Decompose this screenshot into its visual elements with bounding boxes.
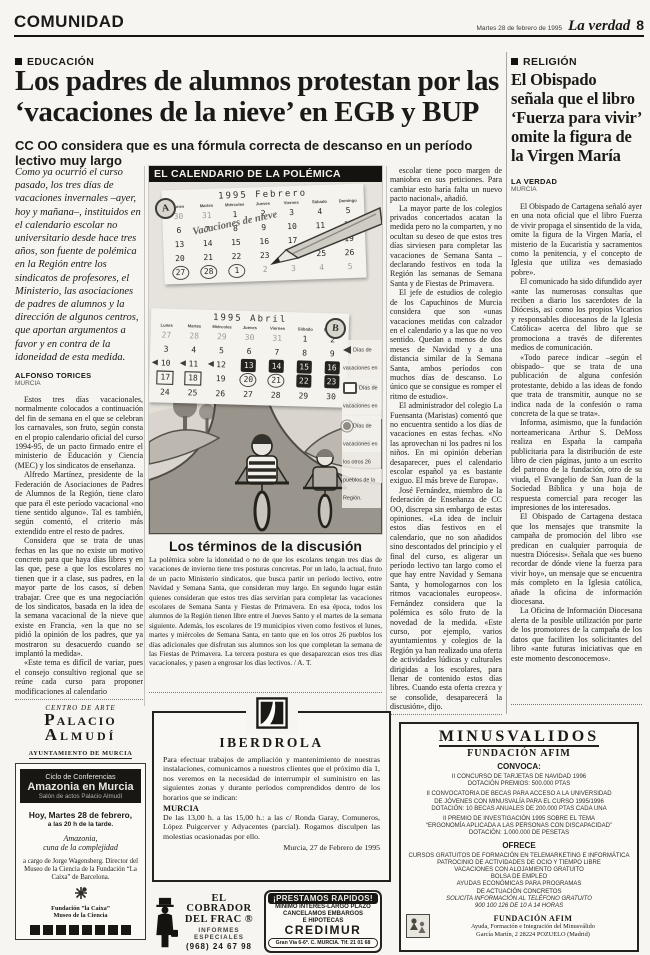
afim-contest-lines: II CONCURSO DE TARJETAS DE NAVIDAD 1996D…: [406, 774, 632, 788]
iberdrola-logo: [246, 697, 298, 734]
iberdrola-ad-box: IBERDROLA Para efectuar trabajos de ampl…: [152, 711, 391, 882]
afim-line: PATROCINIO DE ACTIVIDADES DE OCIO Y TIEM…: [406, 860, 632, 867]
iberdrola-notice: Para efectuar trabajos de ampliación y m…: [163, 755, 380, 802]
body-paragraph: Informa, asimismo, que la fundación nort…: [511, 418, 642, 512]
calendar-day: 11: [186, 357, 201, 370]
calendar-day: 22: [296, 374, 311, 387]
calendar-day: 19: [213, 372, 228, 385]
event-date: Hoy, Martes 28 de febrero,: [20, 810, 141, 820]
weekday-label: Jueves: [236, 325, 264, 331]
page-number: 8: [636, 17, 644, 33]
column-rule: [506, 52, 507, 714]
body-paragraph: El comunicado ha sido difundido ayer «an…: [511, 277, 642, 352]
april-calendar: 1995 Abril LunesMartesMiércolesJuevesVie…: [149, 308, 349, 407]
masthead: La verdad: [568, 18, 630, 35]
afim-foundation-desc: Ayuda, Formación e Integración del Minus…: [434, 923, 632, 930]
weekday-label: Martes: [181, 323, 209, 329]
religion-byline: LA VERDAD MURCIA: [511, 177, 557, 193]
calendar-day: 30: [323, 390, 338, 403]
cobrador-name: DEL FRAC ®: [181, 915, 257, 926]
dashed-rule: [15, 699, 143, 700]
calendar-day: 9: [325, 347, 340, 360]
weekday-label: Martes: [192, 203, 220, 209]
almudi-event-banner: Ciclo de Conferencias Amazonia en Murcia…: [20, 769, 141, 803]
calendar-day: 12: [213, 358, 228, 371]
caption-title: Los términos de la discusión: [149, 538, 382, 554]
legend-text: Días de vacaciones en los otros 26 puebl…: [343, 423, 377, 501]
april-day-grid: 2728293031123456789101112131415161718192…: [151, 328, 347, 403]
afim-foundation-address: García Martín, 2 28224 POZUELO (Madrid): [434, 931, 632, 938]
afim-scholarship-lines: II CONVOCATORIA DE BECAS PARA ACCESO A L…: [406, 791, 632, 813]
article-column-1: Como ya ocurrió el curso pasado, los tre…: [15, 166, 143, 706]
calendar-day: 6: [241, 345, 256, 358]
calendar-day: 27: [172, 266, 189, 281]
byline-author: LA VERDAD: [511, 177, 557, 186]
afim-line: VACACIONES CON ALOJAMIENTO GRATUITO: [406, 867, 632, 874]
calendar-day: 28: [268, 389, 283, 402]
header-rule: [14, 35, 644, 37]
afim-ad: MINUSVALIDOS FUNDACIÓN AFIM CONVOCA: II …: [399, 722, 639, 952]
body-paragraph: Alfredo Martínez, presidente de la Feder…: [15, 470, 143, 536]
page-header-right: Martes 28 de febrero de 1995 La verdad 8: [476, 17, 644, 35]
calendar-day: 21: [200, 251, 215, 265]
byline-author: ALFONSO TORICES: [15, 371, 143, 380]
afim-ofrece-heading: OFRECE: [406, 841, 632, 850]
credimur-address: Gran Vía 6-6º. C. MURCIA. Tlf. 21 01 68: [268, 938, 378, 948]
calendar-day: 21: [267, 374, 284, 388]
article-column-2: escolar tiene poco margen de maniobra en…: [390, 166, 502, 714]
calendar-day: 15: [228, 236, 243, 250]
afim-line: DOTACIÓN: 1.000.000 DE PESETAS: [406, 830, 632, 837]
afim-line: DE JÓVENES CON MINUSVALÍA PARA EL CURSO …: [406, 799, 632, 806]
credimur-banner: ¡PRESTAMOS RAPIDOS!: [268, 893, 378, 904]
iberdrola-ad: IBERDROLA Para efectuar trabajos de ampl…: [152, 698, 391, 882]
afim-org: FUNDACIÓN AFIM: [406, 748, 632, 759]
afim-line: CURSOS GRATUITOS DE FORMACIÓN EN TELEMAR…: [406, 853, 632, 860]
calendar-day: 27: [159, 328, 174, 341]
calendar-day: 18: [184, 371, 201, 385]
box-icon: [343, 382, 357, 394]
calendar-day: 26: [213, 387, 228, 400]
cobrador-silhouette-icon: [152, 894, 178, 952]
calendar-day: 20: [240, 373, 257, 387]
body-paragraph: El administrador del colegio La Fuensant…: [390, 401, 502, 486]
afim-foundation-name: FUNDACIÓN AFIM: [434, 914, 632, 923]
calendar-day: 28: [200, 265, 217, 280]
infographic-banner-title: EL CALENDARIO DE LA POLÉMICA: [149, 166, 382, 182]
column-rule: [386, 166, 387, 711]
afim-logo: [406, 914, 430, 938]
talk-title: Amazonia,: [20, 834, 141, 843]
afim-line: AYUDAS ECONÓMICAS PARA PROGRAMAS: [406, 881, 632, 888]
religion-body: El Obispado de Cartagena señaló ayer en …: [511, 202, 642, 707]
religion-kicker: RELIGIÓN: [511, 56, 577, 68]
edition-date: Martes 28 de febrero de 1995: [476, 25, 562, 32]
calendar-day: 7: [269, 346, 284, 359]
weekday-label: Sábado: [305, 199, 333, 205]
calendar-day: 14: [269, 360, 284, 373]
science-museum-label: Museo de la Ciencia: [20, 912, 141, 919]
credimur-line: MINIMO INTERES-LARGO PLAZO: [268, 904, 378, 911]
kicker-square-icon: [15, 58, 22, 65]
calendar-day: 29: [214, 330, 229, 343]
flag-icon: [343, 346, 351, 354]
iberdrola-zone: MURCIA: [163, 803, 380, 813]
credimur-ad: ¡PRESTAMOS RAPIDOS! MINIMO INTERES-LARGO…: [264, 890, 382, 953]
afim-title: MINUSVALIDOS: [439, 728, 599, 747]
pencil-icon: [264, 206, 382, 276]
afim-prize-lines: II PREMIO DE INVESTIGACIÓN 1995 SOBRE EL…: [406, 816, 632, 838]
dashed-rule: [511, 704, 642, 705]
talk-title: cuna de la complejidad: [20, 843, 141, 852]
almudi-ad-box: Ciclo de Conferencias Amazonia en Murcia…: [15, 763, 146, 940]
newspaper-page: COMUNIDAD Martes 28 de febrero de 1995 L…: [0, 0, 650, 955]
talk-speaker: a cargo de Jorge Wagensberg. Director de…: [20, 858, 141, 881]
iberdrola-name: IBERDROLA: [163, 735, 380, 751]
calendar-day: 25: [185, 386, 200, 399]
body-paragraph: La Oficina de Información Diocesana aler…: [511, 606, 642, 662]
body-paragraph: «Todo parece indicar –según el obispado–…: [511, 353, 642, 419]
afim-info-phone: 900 100 126 DE 10 A 14 HORAS: [406, 903, 632, 910]
calendar-day: 23: [324, 375, 339, 388]
caption-text: La polémica sobre la idoneidad o no de q…: [149, 556, 382, 688]
body-paragraph: Considera que se trata de unas fechas en…: [15, 536, 143, 658]
body-paragraph: Estos tres días vacacionales, normalment…: [15, 395, 143, 470]
weekday-label: Lunes: [153, 322, 181, 328]
kicker-square-icon: [511, 58, 518, 65]
legend-item: Días de vacaciones en los otros 26 puebl…: [342, 416, 381, 508]
credimur-name: CREDIMUR: [268, 924, 378, 937]
calendar-day: 15: [297, 360, 312, 373]
afim-line: DOTACIÓN: 10 BECAS ANUALES DE 200.000 PT…: [406, 806, 632, 813]
calendar-day: 3: [158, 342, 173, 355]
calendar-day: 4: [186, 343, 201, 356]
calendar-day: 28: [186, 329, 201, 342]
calendar-day: 31: [270, 332, 285, 345]
event-venue: Salón de actos Palacio Almudí: [22, 793, 139, 800]
calendar-day: 29: [296, 389, 311, 402]
calendar-day: 5: [214, 344, 229, 357]
weekday-label: Viernes: [277, 200, 305, 206]
calendar-day: 14: [200, 237, 215, 251]
calendar-day: 24: [157, 385, 172, 398]
calendar-day: 30: [242, 331, 257, 344]
credimur-line: CANCELAMOS EMBARGOS: [268, 911, 378, 918]
byline: ALFONSO TORICES MURCIA: [15, 371, 143, 387]
afim-footer-text: FUNDACIÓN AFIM Ayuda, Formación e Integr…: [434, 914, 632, 938]
calendar-day: 27: [240, 388, 255, 401]
section-title: COMUNIDAD: [14, 12, 124, 32]
education-subhead: CC OO considera que es una fórmula corre…: [15, 138, 509, 168]
cobrador-phone: (968) 24 67 98: [181, 942, 257, 951]
calendar-day: 10: [158, 356, 173, 369]
religion-headline: El Obispado señala que el libro ‘Fuerza …: [511, 70, 643, 165]
body-paragraph: El Obispado de Cartagena destaca que los…: [511, 512, 642, 606]
afim-line: II CONVOCATORIA DE BECAS PARA ACCESO A L…: [406, 791, 632, 798]
weekday-label: Domingo: [334, 198, 362, 204]
decorative-squares: [20, 925, 141, 935]
infographic-body: 1995 Febrero LunesMartesMiércolesJuevesV…: [149, 182, 382, 534]
body-paragraph: «Este tema es difícil de variar, pues el…: [15, 658, 143, 696]
calendar-day: 20: [172, 252, 187, 266]
column-rule: [144, 166, 145, 706]
weekday-label: Viernes: [264, 325, 292, 331]
body-paragraph: El Obispado de Cartagena señaló ayer en …: [511, 202, 642, 277]
iberdrola-schedule: De las 13,00 h. a las 15,00 h.: a las c/…: [163, 813, 380, 841]
calendar-day: 8: [297, 346, 312, 359]
body-paragraph: escolar tiene poco margen de maniobra en…: [390, 166, 502, 204]
calendar-day: 1: [297, 332, 312, 345]
weekday-label: Miércoles: [220, 202, 248, 208]
cobrador-text: EL COBRADOR DEL FRAC ® INFORMES ESPECIAL…: [181, 894, 257, 952]
calendar-infographic: EL CALENDARIO DE LA POLÉMICA 1995 Febrer…: [149, 166, 382, 534]
calendar-day: 31: [199, 209, 214, 223]
event-time: a las 20 h de la tarde.: [20, 821, 141, 828]
body-paragraph: La mayor parte de los colegios privados …: [390, 204, 502, 289]
column-1-text: Estos tres días vacacionales, normalment…: [15, 395, 143, 696]
byline-city: MURCIA: [511, 186, 557, 193]
iberdrola-date: Murcia, 27 de Febrero de 1995: [163, 843, 380, 852]
headline-line-2: ‘vacaciones de la nieve’ en EGB y BUP: [15, 97, 509, 128]
sun-icon: [343, 422, 351, 430]
lead-paragraph: Como ya ocurrió el curso pasado, los tre…: [15, 166, 143, 364]
column-2-text: escolar tiene poco margen de maniobra en…: [390, 166, 502, 712]
calendar-day: 1: [228, 264, 245, 279]
kicker-label: RELIGIÓN: [523, 56, 577, 68]
cobrador-info: INFORMES ESPECIALES: [181, 927, 257, 941]
body-paragraph: José Fernández, miembro de la federación…: [390, 486, 502, 712]
afim-footer: FUNDACIÓN AFIM Ayuda, Formación e Integr…: [406, 914, 632, 938]
byline-city: MURCIA: [15, 380, 143, 387]
calendar-day: 13: [241, 359, 256, 372]
afim-offer-lines: CURSOS GRATUITOS DE FORMACIÓN EN TELEMAR…: [406, 853, 632, 896]
weekday-label: Miércoles: [208, 324, 236, 330]
cobrador-ad: EL COBRADOR DEL FRAC ® INFORMES ESPECIAL…: [152, 892, 257, 953]
calendar-day: 16: [324, 361, 339, 374]
headline-line-1: Los padres de alumnos protestan por las: [15, 66, 509, 97]
dashed-rule: [390, 714, 502, 715]
afim-convoca-heading: CONVOCA:: [406, 762, 632, 771]
afim-info-phone: SOLICITA INFORMACIÓN AL TELÉFONO GRATUIT…: [406, 896, 632, 903]
la-caixa-star-icon: [20, 886, 141, 905]
education-headline: Los padres de alumnos protestan por las …: [15, 66, 509, 128]
event-title: Amazonia en Murcia: [22, 781, 139, 793]
la-caixa-foundation-label: Fundación ”la Caixa”: [20, 905, 141, 912]
calendar-day: 17: [157, 370, 174, 384]
calendar-day: 22: [229, 250, 244, 264]
afim-line: DOTACIÓN PREMIOS: 500.000 PTAS: [406, 781, 632, 788]
weekday-label: Sábado: [291, 326, 319, 332]
almudi-ad: CENTRO DE ARTE Palacio Almudí AYUNTAMIEN…: [15, 704, 146, 950]
dashed-rule: [149, 692, 382, 693]
almudi-logo: Almudí: [15, 727, 146, 742]
almudi-municipality: AYUNTAMIENTO DE MURCIA: [29, 750, 133, 759]
event-series: Ciclo de Conferencias: [22, 772, 139, 781]
body-paragraph: El jefe de estudios de colegio de los Ca…: [390, 288, 502, 401]
afim-line: DE ACTUACIÓN CONCRETOS: [406, 889, 632, 896]
